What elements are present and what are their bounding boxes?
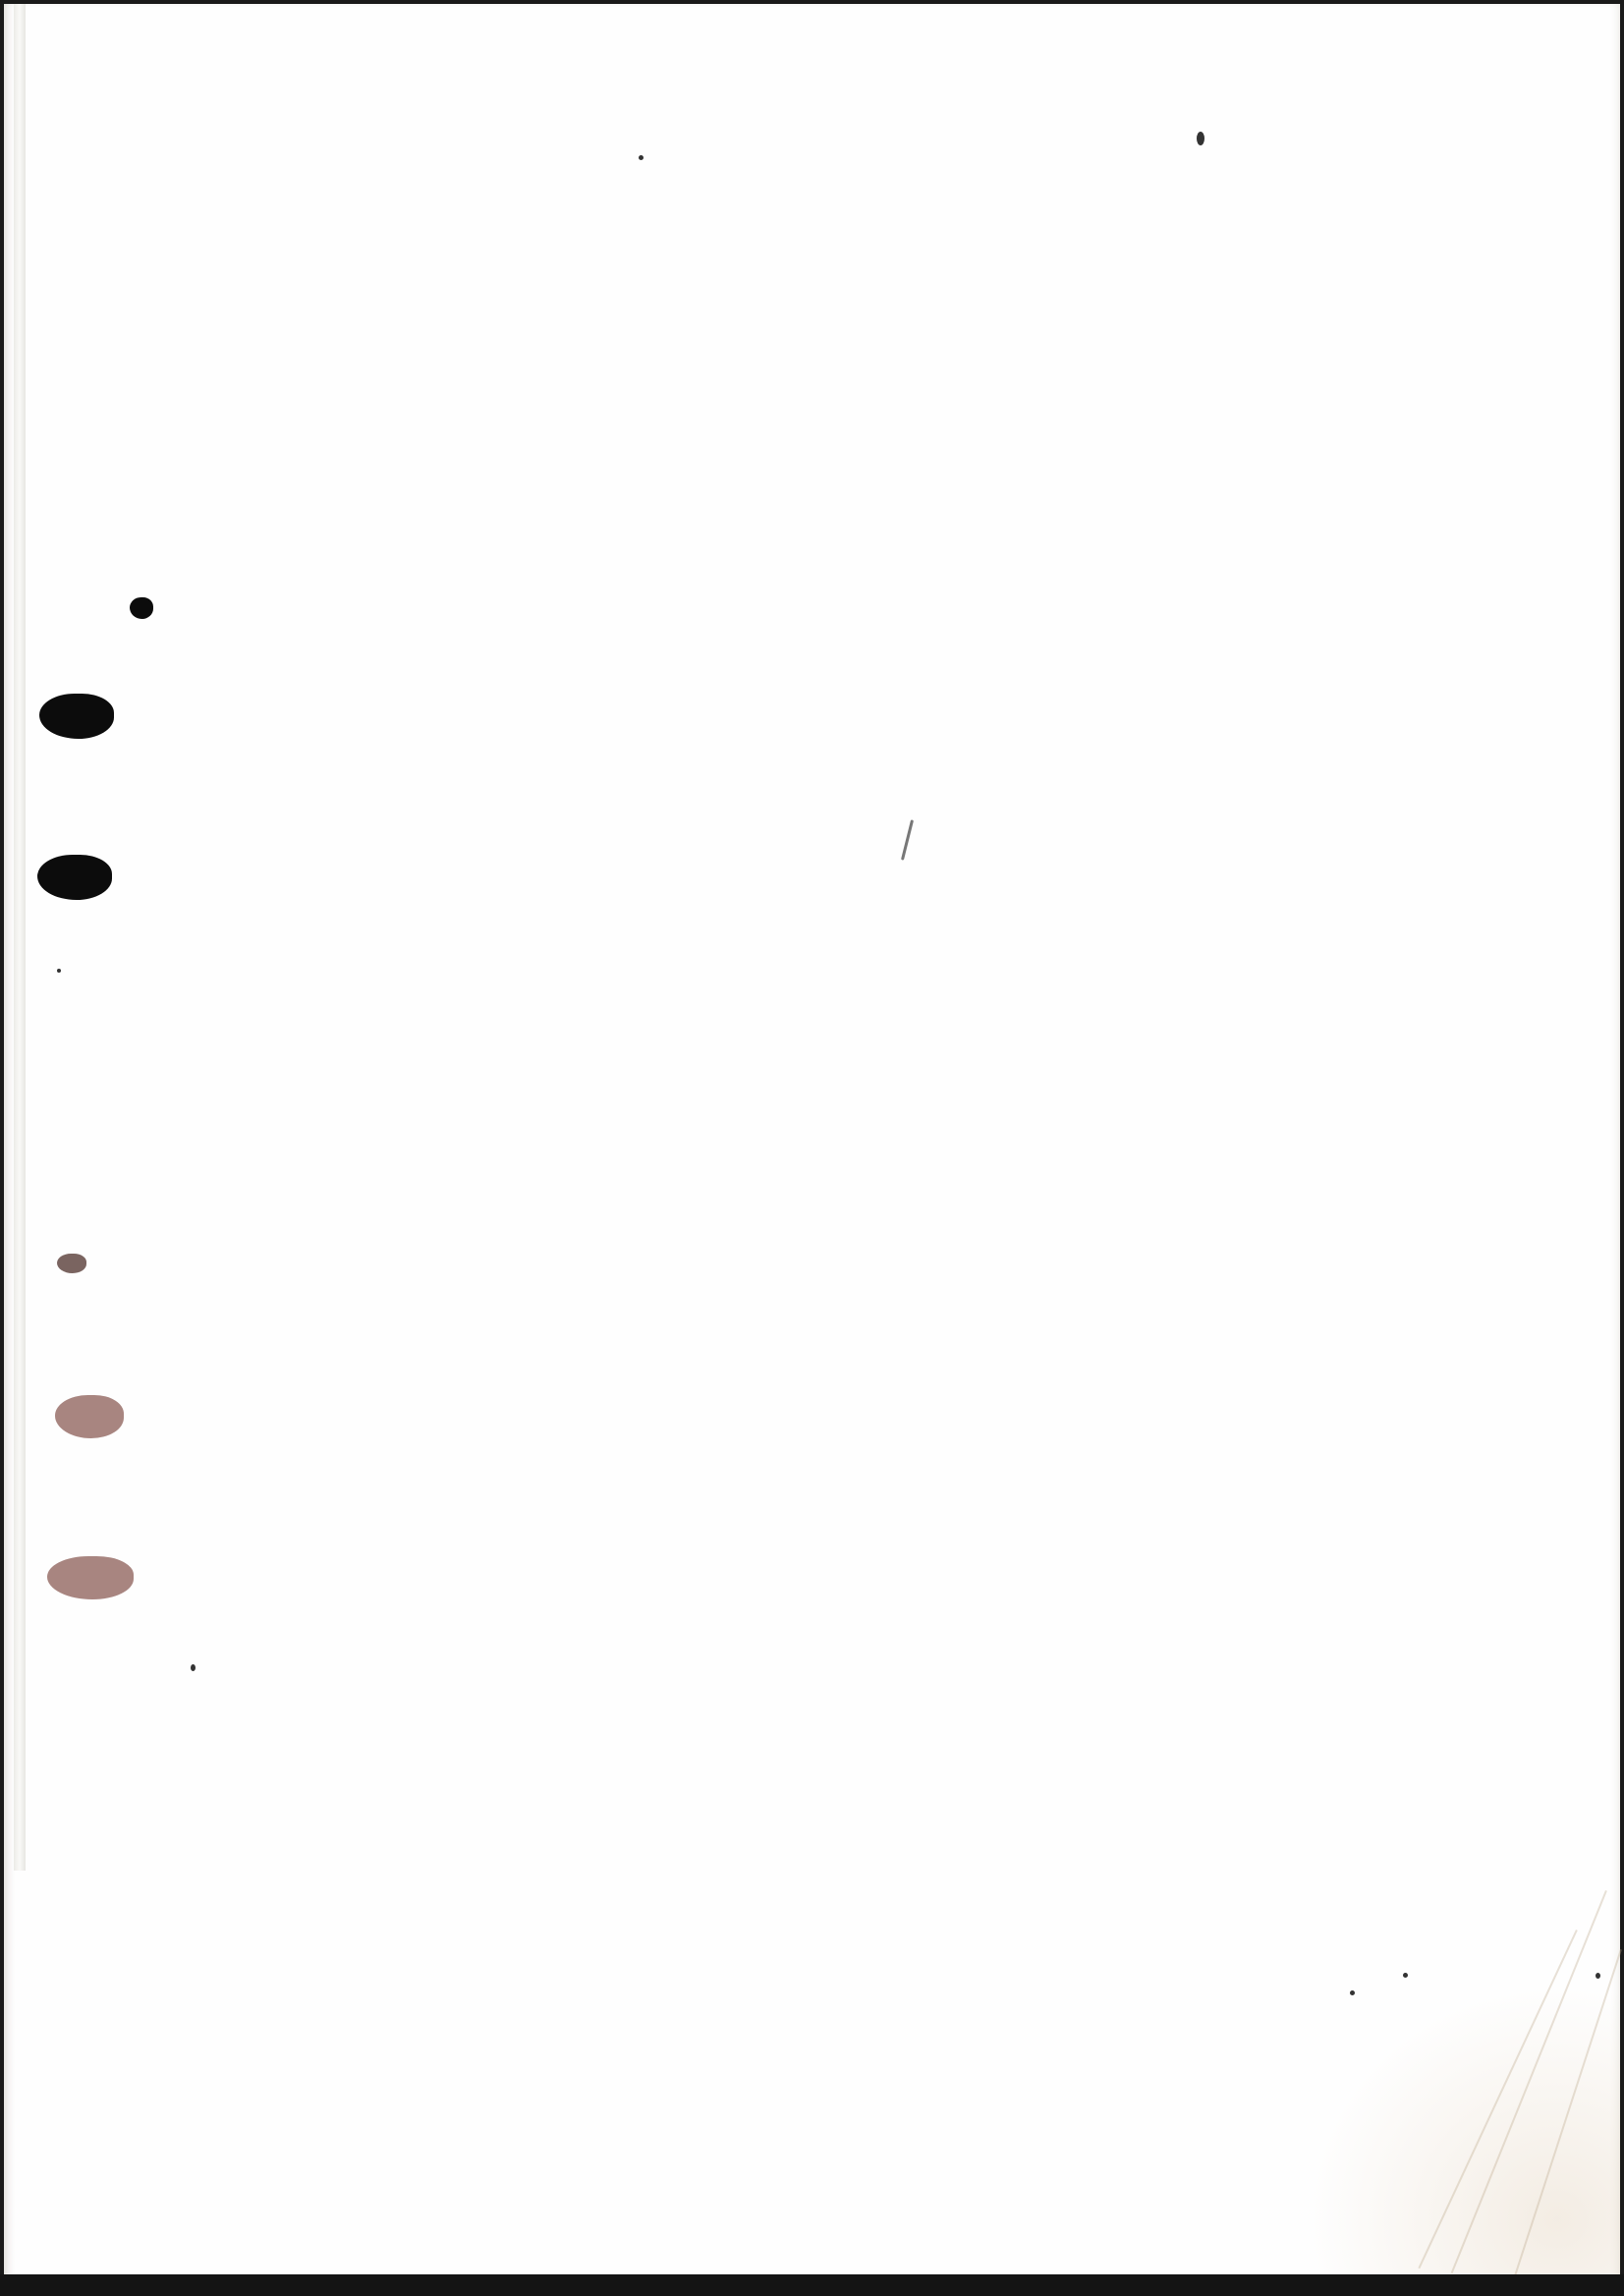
binding-hole	[47, 1556, 134, 1599]
paper-speck	[1403, 1973, 1408, 1978]
scanner-background	[0, 2274, 1624, 2296]
paper-speck	[57, 969, 61, 973]
binding-hole	[57, 1254, 86, 1273]
binding-spine	[14, 4, 26, 1871]
binding-hole	[39, 694, 114, 739]
paper-speck	[639, 155, 644, 160]
paper-stain	[1306, 1984, 1620, 2278]
binding-hole	[55, 1395, 124, 1438]
paper-speck	[1596, 1973, 1600, 1979]
paper-speck	[191, 1664, 196, 1671]
paper-speck	[1197, 132, 1204, 145]
blank-scanned-page	[4, 4, 1620, 2278]
binding-hole	[130, 597, 153, 619]
paper-speck	[901, 819, 914, 860]
binding-hole	[37, 855, 112, 900]
